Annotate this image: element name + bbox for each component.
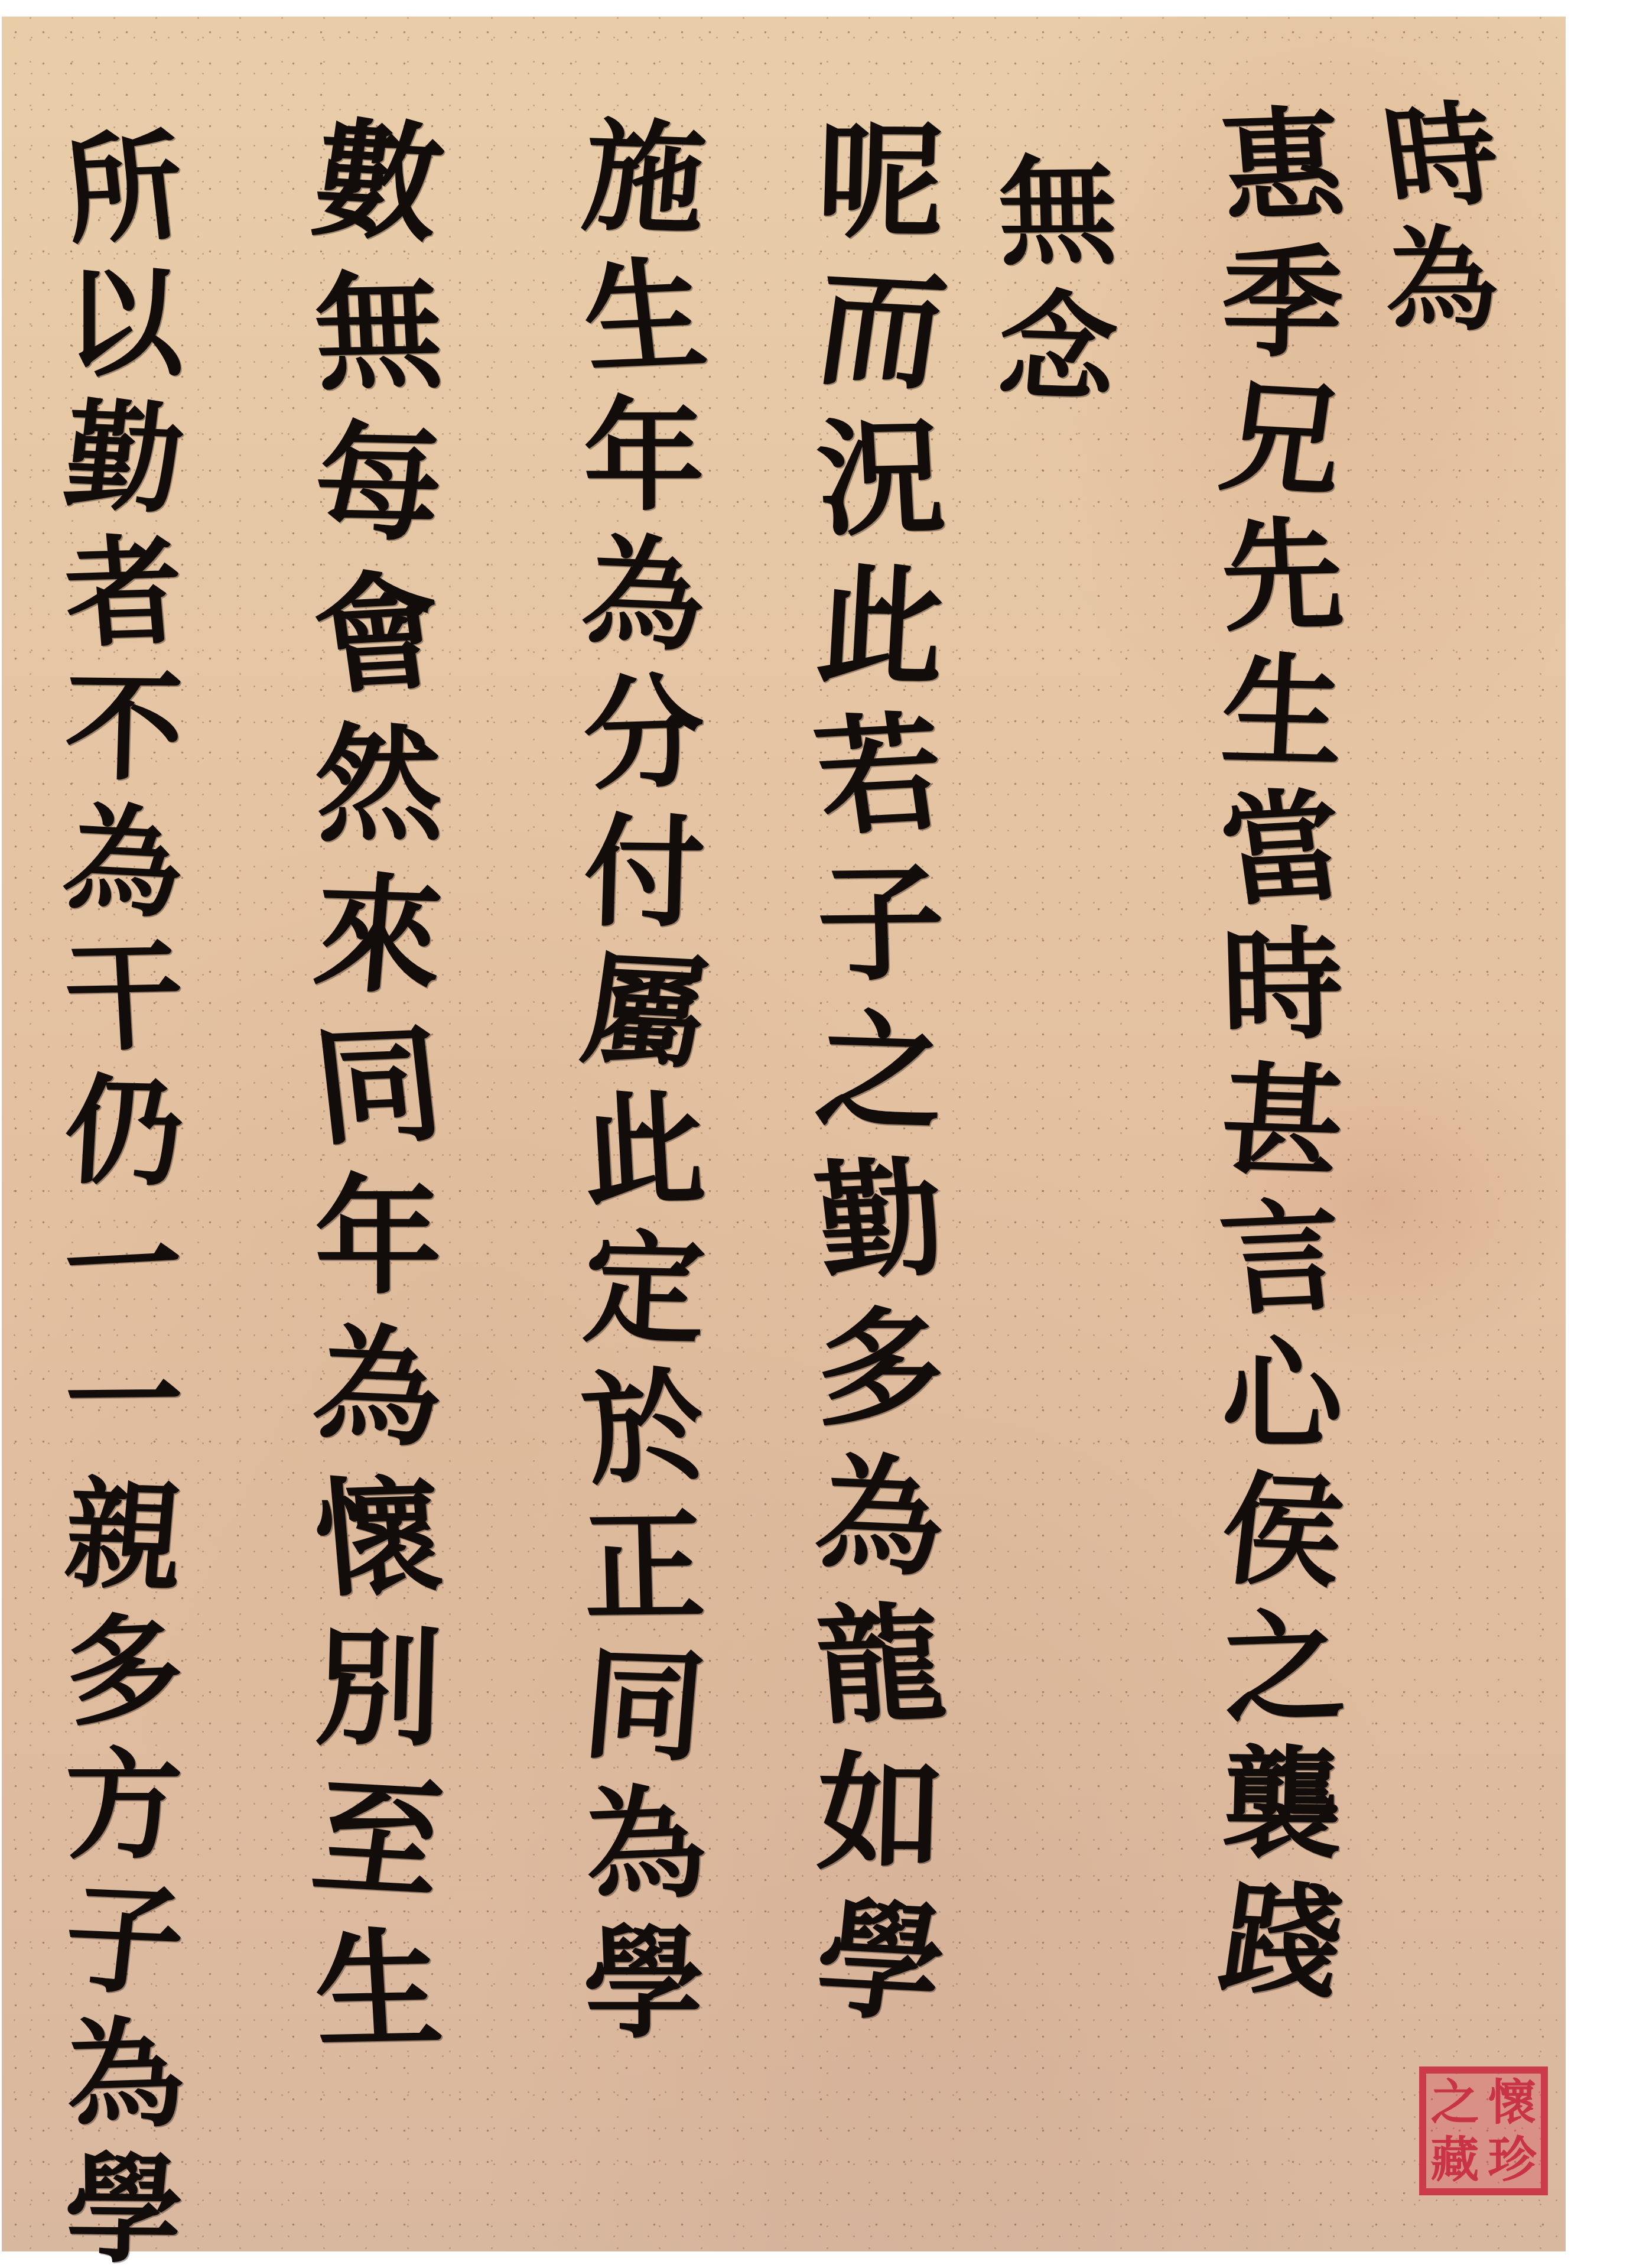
calligraphy-character: 言 <box>1215 1196 1349 1322</box>
calligraphy-character: 當 <box>1214 786 1351 913</box>
seal-char: 珍 <box>1484 2131 1541 2188</box>
calligraphy-character: 而 <box>808 264 952 397</box>
calligraphy-character: 數 <box>306 115 450 249</box>
calligraphy-character: 別 <box>313 1624 444 1753</box>
calligraphy-character: 為 <box>60 2014 188 2136</box>
calligraphy-character: 年 <box>315 1173 442 1300</box>
calligraphy-character: 龍 <box>812 1600 949 1731</box>
calligraphy-character: 一 <box>63 1342 185 1461</box>
calligraphy-character: 之 <box>1216 1606 1348 1731</box>
calligraphy-character: 付 <box>582 812 707 934</box>
calligraphy-character: 呢 <box>815 118 946 246</box>
calligraphy-character: 以 <box>65 265 183 383</box>
seal-char: 之 <box>1426 2074 1484 2131</box>
calligraphy-character: 此 <box>580 1089 708 1213</box>
calligraphy-character: 踐 <box>1214 1878 1351 2005</box>
seal-char: 懷 <box>1484 2074 1541 2131</box>
calligraphy-column-4: 呢而況此若子之勤多為龍如學 <box>817 118 944 2025</box>
calligraphy-character: 干 <box>62 937 187 1058</box>
calligraphy-character: 學 <box>63 2150 185 2268</box>
calligraphy-character: 然 <box>313 720 444 849</box>
calligraphy-character: 於 <box>575 1365 713 1492</box>
calligraphy-character: 為 <box>577 1782 711 1908</box>
calligraphy-character: 不 <box>63 668 185 788</box>
calligraphy-character: 念 <box>994 288 1121 410</box>
calligraphy-character: 同 <box>578 1644 710 1769</box>
calligraphy-character: 年 <box>584 396 705 517</box>
calligraphy-character: 為 <box>308 1321 448 1454</box>
calligraphy-character: 甚 <box>1216 1060 1348 1185</box>
calligraphy-character: 時 <box>1378 98 1505 216</box>
calligraphy-character: 無 <box>311 268 445 397</box>
calligraphy-character: 無 <box>997 153 1118 272</box>
calligraphy-character: 多 <box>817 1305 944 1432</box>
calligraphy-column-1: 時為 <box>1385 100 1498 337</box>
calligraphy-character: 勤 <box>810 1154 951 1286</box>
calligraphy-character: 心 <box>1222 1335 1343 1456</box>
calligraphy-character: 親 <box>60 1476 188 1597</box>
calligraphy-character: 生 <box>311 1925 445 2055</box>
calligraphy-character: 為 <box>57 801 191 925</box>
calligraphy-character: 方 <box>65 1747 183 1865</box>
calligraphy-character: 侯 <box>1215 1469 1349 1595</box>
calligraphy-character: 每 <box>311 418 445 548</box>
calligraphy-character: 來 <box>310 870 447 1001</box>
seal-char: 藏 <box>1426 2131 1484 2188</box>
calligraphy-character: 惠 <box>1216 105 1348 229</box>
calligraphy-character: 所 <box>58 128 190 251</box>
calligraphy-character: 子 <box>58 1879 190 2002</box>
calligraphy-character: 先 <box>1218 515 1346 638</box>
calligraphy-character: 定 <box>580 1228 708 1351</box>
calligraphy-column-6: 數無每會然來同年為懷別至生 <box>315 118 442 2053</box>
calligraphy-character: 一 <box>57 1205 191 1329</box>
calligraphy-character: 同 <box>308 1020 448 1152</box>
calligraphy-character: 襲 <box>1220 1744 1345 1866</box>
calligraphy-character: 生 <box>577 255 711 381</box>
calligraphy-character: 至 <box>306 1773 450 1906</box>
calligraphy-character: 分 <box>578 672 710 797</box>
calligraphy-character: 生 <box>1218 651 1346 775</box>
calligraphy-character: 此 <box>814 562 948 691</box>
calligraphy-character: 正 <box>582 1506 707 1629</box>
calligraphy-character: 為 <box>810 1451 951 1583</box>
calligraphy-character: 學 <box>808 1895 952 2029</box>
calligraphy-character: 屬 <box>575 948 713 1075</box>
calligraphy-column-7: 所以勤者不為干仍一一親多方子為學 <box>65 130 183 2268</box>
calligraphy-character: 會 <box>306 567 450 701</box>
calligraphy-character: 之 <box>812 1006 949 1138</box>
calligraphy-character: 兄 <box>1214 376 1351 503</box>
calligraphy-character: 時 <box>1220 925 1345 1047</box>
calligraphy-column-3: 無念 <box>998 154 1117 408</box>
calligraphy-character: 者 <box>60 532 188 654</box>
calligraphy-character: 況 <box>814 414 948 543</box>
calligraphy-column-2: 惠季兄先生當時甚言心侯之襲踐 <box>1222 106 1343 2002</box>
calligraphy-character: 為 <box>1384 224 1499 337</box>
calligraphy-character: 勤 <box>58 397 190 520</box>
calligraphy-column-5: 施生年為分付屬此定於正同為學 <box>584 118 705 2045</box>
calligraphy-character: 季 <box>1220 242 1345 365</box>
calligraphy-character: 仍 <box>62 1072 187 1193</box>
calligraphy-character: 懷 <box>310 1473 447 1604</box>
calligraphy-character: 若 <box>808 709 952 842</box>
red-collector-seal: 懷 之 珍 藏 <box>1419 2066 1548 2195</box>
calligraphy-character: 如 <box>815 1749 946 1877</box>
calligraphy-character: 子 <box>815 859 946 987</box>
calligraphy-character: 多 <box>58 1610 190 1733</box>
calligraphy-character: 為 <box>577 532 711 658</box>
calligraphy-character: 學 <box>584 1923 705 2045</box>
calligraphy-character: 施 <box>578 116 710 241</box>
